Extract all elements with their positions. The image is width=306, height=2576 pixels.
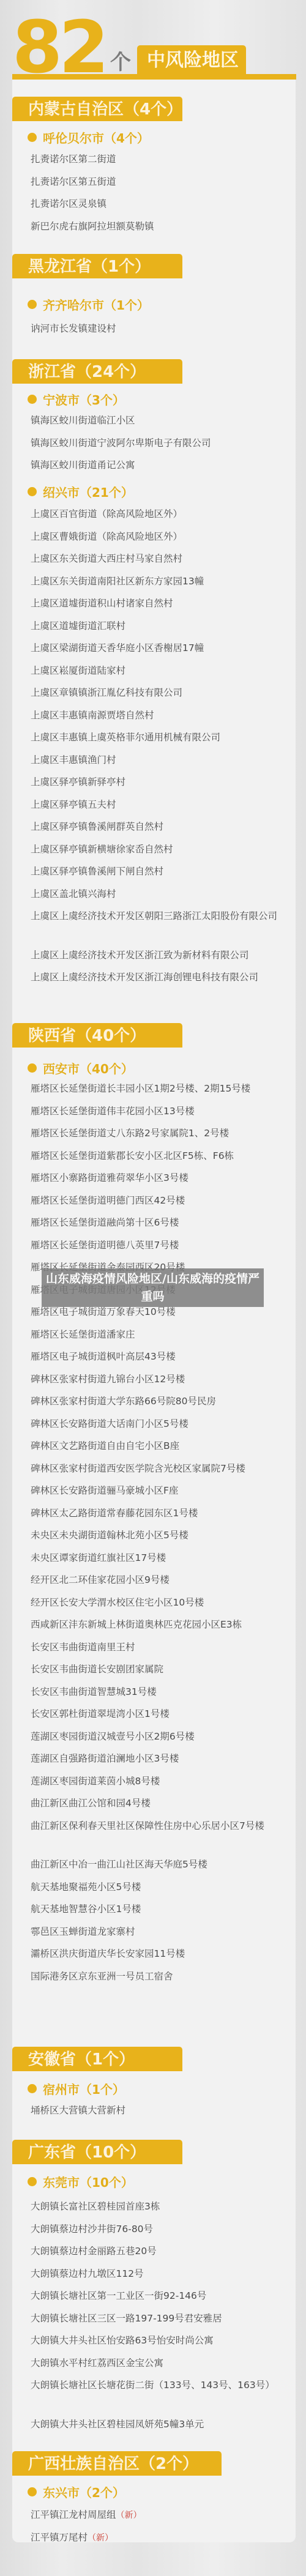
list-item: 上虞区梁湖街道天香华庭小区香榭居17幢 (31, 640, 288, 657)
list-item: 上虞区丰惠镇上虞英格菲尔通用机械有限公司 (31, 729, 288, 746)
city-header: 呼伦贝尔市（4个） (28, 128, 149, 146)
location-text: 雁塔区长延堡街道明德门西区42号楼 (31, 1195, 185, 1206)
location-text: 航天基地聚福苑小区5号楼 (31, 1882, 141, 1893)
location-text: 雁塔区长延堡街道潘家庄 (31, 1329, 135, 1340)
list-item: 雁塔区长延堡街道融尚第十区6号楼 (31, 1215, 288, 1231)
new-badge: （新） (88, 2533, 113, 2543)
header: 82 个 中风险地区 (12, 12, 296, 80)
bullet-icon (28, 487, 37, 496)
list-item: 上虞区盖北镇兴海村 (31, 886, 288, 903)
location-text: 碑林区长安路街道骊马豪城小区F座 (31, 1485, 178, 1496)
list-item: 碑林区长安路街道大话南门小区5号楼 (31, 1416, 288, 1432)
list-item: 镇海区蛟川街道临江小区 (31, 412, 288, 429)
list-item: 长安区韦曲街道智慧城31号楼 (31, 1684, 288, 1700)
list-item: 碑林区长安路街道骊马豪城小区F座 (31, 1483, 288, 1499)
header-divider (12, 74, 296, 80)
bullet-icon (28, 2084, 37, 2093)
location-text: 上虞区驿亭镇五夫村 (31, 799, 116, 810)
location-text: 国际港务区京东亚洲一号员工宿舍 (31, 1971, 173, 1982)
list-item: 航天基地聚福苑小区5号楼 (31, 1879, 288, 1896)
city-header: 西安市（40个） (28, 1059, 133, 1077)
location-text: 上虞区道墟街道积山村诸家自然村 (31, 598, 173, 609)
list-item: 曲江新区中冶一曲江山社区海天华庭5号楼 (31, 1856, 288, 1873)
list-item: 上虞区东关街道大西庄村马家自然村 (31, 551, 288, 567)
list-item: 灞桥区洪庆街道庆华长安家园11号楼 (31, 1946, 288, 1962)
list-item: 上虞区章镇镇浙江胤亿科技有限公司 (31, 685, 288, 701)
province-header: 浙江省（24个） (12, 359, 182, 384)
list-item: 雁塔区电子城街道枫叶高层43号楼 (31, 1349, 288, 1365)
list-item: 上虞区曹娥街道（除高风险地区外） (31, 529, 288, 545)
location-text: 大朗镇蔡边村九墩区112号 (31, 2268, 144, 2279)
list-item: 上虞区驿亭镇鲁溪闸群英自然村 (31, 819, 288, 835)
location-text: 上虞区上虞经济技术开发区浙江海创锂电科技有限公司 (31, 972, 258, 983)
list-item: 雁塔区长延堡街道潘家庄 (31, 1327, 288, 1343)
location-text: 上虞区章镇镇浙江胤亿科技有限公司 (31, 687, 182, 698)
list-item: 莲湖区枣园街道莱茵小城8号楼 (31, 1773, 288, 1790)
list-item: 扎赉诺尔区第二街道 (31, 151, 288, 168)
city-header: 绍兴市（21个） (28, 482, 133, 501)
province-header: 内蒙古自治区（4个） (12, 97, 182, 121)
list-item: 上虞区驿亭镇新横塘徐家岙自然村 (31, 841, 288, 858)
location-text: 上虞区丰惠镇南源贾塔自然村 (31, 710, 154, 721)
location-text: 上虞区曹娥街道（除高风险地区外） (31, 531, 182, 542)
location-text: 镇海区蛟川街道甬记公寓 (31, 460, 135, 471)
city-label: 宿州市（1个） (43, 2080, 125, 2098)
location-text: 雁塔区长延堡街道伟丰花园小区13号楼 (31, 1106, 195, 1117)
location-text: 雁塔区长延堡街道明德八英里7号楼 (31, 1240, 179, 1251)
location-text: 上虞区丰惠镇渔门村 (31, 754, 116, 765)
location-text: 莲湖区枣园街道汉城壹号小区2期6号楼 (31, 1731, 195, 1742)
location-text: 上虞区驿亭镇鲁溪闸群英自然村 (31, 821, 163, 832)
location-text: 莲湖区自强路街道泊澜地小区3号楼 (31, 1753, 179, 1764)
list-item: 新巴尔虎右旗阿拉坦额莫勒镇 (31, 218, 288, 235)
city-label: 宁波市（3个） (43, 390, 125, 408)
province-header: 广西壮族自治区（2个） (12, 2451, 222, 2476)
list-item: 雁塔区长延堡街道伟丰花园小区13号楼 (31, 1103, 288, 1120)
list-item: 上虞区驿亭镇新驿亭村 (31, 774, 288, 791)
list-item: 雁塔区长延堡街道紫郡长安小区北区F5栋、F6栋 (31, 1148, 288, 1164)
list-item: 上虞区上虞经济技术开发区浙江致为新材料有限公司 (31, 947, 288, 964)
province-header: 广东省（10个） (12, 2140, 182, 2164)
list-item: 碑林区文艺路街道自由自宅小区B座 (31, 1438, 288, 1454)
list-item: 上虞区道墟街道积山村诸家自然村 (31, 595, 288, 612)
city-label: 东兴市（2个） (43, 2483, 125, 2501)
list-item: 上虞区崧厦街道陆家村 (31, 663, 288, 679)
location-text: 讷河市长发镇建设村 (31, 323, 116, 334)
location-text: 上虞区上虞经济技术开发区朝阳三路浙江太阳股份有限公司 (31, 910, 277, 921)
city-header: 宁波市（3个） (28, 390, 125, 408)
location-text: 上虞区盖北镇兴海村 (31, 888, 116, 899)
list-item: 碑林区太乙路街道常春藤花园东区1号楼 (31, 1505, 288, 1522)
list-item: 大朗镇长富社区碧桂园首座3栋 (31, 2198, 288, 2215)
list-item: 大朗镇蔡边村九墩区112号 (31, 2266, 288, 2282)
location-text: 镇海区蛟川街道宁波阿尔卑斯电子有限公司 (31, 437, 211, 449)
location-text: 大朗镇大井头社区怡安路63号怡安时尚公寓 (31, 2335, 214, 2346)
city-label: 东莞市（10个） (43, 2173, 133, 2191)
list-item: 大朗镇蔡边村沙井街76-80号 (31, 2221, 288, 2238)
list-item: 上虞区道墟街道汇联村 (31, 618, 288, 635)
location-text: 大朗镇大井头社区碧桂园凤妍苑5幢3单元 (31, 2419, 204, 2430)
location-text: 曲江新区保利春天里社区保障性住房中心乐居小区7号楼 (31, 1820, 264, 1831)
location-text: 上虞区东关街道南阳社区新东方家园13幢 (31, 576, 204, 587)
location-text: 雁塔区电子城街道万象春天10号楼 (31, 1306, 176, 1317)
location-text: 未央区谭家街道红旗社区17号楼 (31, 1552, 166, 1563)
list-item: 国际港务区京东亚洲一号员工宿舍 (31, 1968, 288, 1985)
bullet-icon (28, 133, 37, 142)
list-item: 上虞区驿亭镇鲁溪闸下闸自然村 (31, 863, 288, 880)
location-text: 曲江新区曲江公馆和园4号楼 (31, 1798, 151, 1809)
bullet-icon (28, 395, 37, 404)
location-text: 雁塔区长延堡街道紫郡长安小区北区F5栋、F6栋 (31, 1150, 234, 1161)
list-item: 未央区谭家街道红旗社区17号楼 (31, 1550, 288, 1566)
location-text: 江平镇万尾村 (31, 2532, 88, 2543)
caption-overlay: 山东威海疫情风险地区/山东威海的疫情严重吗 (42, 1268, 264, 1307)
count-unit: 个 (110, 50, 131, 75)
location-text: 上虞区崧厦街道陆家村 (31, 665, 125, 676)
list-item: 鄠邑区玉蝉街道龙家寨村 (31, 1924, 288, 1940)
list-item: 上虞区上虞经济技术开发区朝阳三路浙江太阳股份有限公司 (31, 908, 288, 925)
city-label: 齐齐哈尔市（1个） (43, 296, 149, 313)
bullet-icon (28, 300, 37, 309)
location-text: 上虞区上虞经济技术开发区浙江致为新材料有限公司 (31, 950, 249, 961)
city-header: 东莞市（10个） (28, 2172, 133, 2191)
location-text: 上虞区东关街道大西庄村马家自然村 (31, 553, 182, 564)
location-text: 上虞区百官街道（除高风险地区外） (31, 508, 182, 519)
list-item: 埇桥区大营镇大营新村 (31, 2102, 288, 2119)
city-header: 宿州市（1个） (28, 2079, 125, 2098)
city-label: 西安市（40个） (43, 1059, 133, 1077)
list-item: 长安区韦曲街道长安剧团家属院 (31, 1661, 288, 1678)
list-item: 西咸新区沣东新城上林街道奥林匹克花园小区E3栋 (31, 1617, 288, 1633)
list-item: 经开区长安大学渭水校区住宅小区10号楼 (31, 1595, 288, 1611)
list-item: 大朗镇长塘社区长塘花街二街（133号、143号、163号） (31, 2377, 288, 2394)
location-text: 埇桥区大营镇大营新村 (31, 2105, 125, 2116)
location-text: 扎赉诺尔区灵泉镇 (31, 198, 106, 209)
location-text: 雁塔区长延堡街道长丰园小区1期2号楼、2期15号楼 (31, 1083, 250, 1094)
list-item: 上虞区丰惠镇南源贾塔自然村 (31, 707, 288, 724)
list-item: 大朗镇水平村红荔西区金宝公寓 (31, 2355, 288, 2372)
location-text: 长安区韦曲街道长安剧团家属院 (31, 1664, 163, 1675)
location-text: 碑林区张家村街道西安医学院含光校区家属院7号楼 (31, 1463, 245, 1474)
new-badge: （新） (116, 2511, 142, 2520)
list-item: 雁塔区长延堡街道明德门西区42号楼 (31, 1193, 288, 1209)
bullet-icon (28, 2177, 37, 2186)
location-text: 曲江新区中冶一曲江山社区海天华庭5号楼 (31, 1859, 207, 1870)
list-item: 长安区韦曲街道南里王村 (31, 1639, 288, 1656)
location-text: 未央区未央湖街道翰林北苑小区5号楼 (31, 1530, 188, 1541)
city-label: 呼伦贝尔市（4个） (43, 128, 149, 146)
province-header: 安徽省（1个） (12, 2047, 182, 2071)
list-item: 航天基地智慧谷小区1号楼 (31, 1901, 288, 1918)
list-item: 碑林区张家村街道西安医学院含光校区家属院7号楼 (31, 1461, 288, 1477)
location-text: 长安区郭杜街道翠堤湾小区1号楼 (31, 1708, 170, 1719)
location-text: 扎赉诺尔区第五街道 (31, 176, 116, 187)
province-header: 陕西省（40个） (12, 1023, 182, 1048)
location-text: 大朗镇蔡边村金丽路五巷20号 (31, 2246, 157, 2257)
location-text: 碑林区张家村街道大学东路66号院80号民房 (31, 1396, 216, 1407)
list-item: 碑林区张家村街道大学东路66号院80号民房 (31, 1393, 288, 1410)
list-item: 大朗镇长塘社区三区一路197-199号君安雅居 (31, 2310, 288, 2327)
location-text: 上虞区驿亭镇新横塘徐家岙自然村 (31, 844, 173, 855)
list-item: 雁塔区长延堡街道丈八东路2号家属院1、2号楼 (31, 1125, 288, 1142)
location-text: 西咸新区沣东新城上林街道奥林匹克花园小区E3栋 (31, 1619, 242, 1630)
list-item: 上虞区上虞经济技术开发区浙江海创锂电科技有限公司 (31, 969, 288, 986)
list-item: 大朗镇大井头社区怡安路63号怡安时尚公寓 (31, 2332, 288, 2349)
location-text: 长安区韦曲街道智慧城31号楼 (31, 1686, 157, 1697)
list-item: 上虞区丰惠镇渔门村 (31, 752, 288, 769)
list-item: 曲江新区曲江公馆和园4号楼 (31, 1795, 288, 1812)
location-text: 大朗镇蔡边村沙井街76-80号 (31, 2224, 153, 2235)
list-item: 莲湖区自强路街道泊澜地小区3号楼 (31, 1751, 288, 1767)
location-text: 雁塔区长延堡街道融尚第十区6号楼 (31, 1217, 179, 1228)
list-item: 经开区北二环佳家花园小区9号楼 (31, 1572, 288, 1588)
location-text: 航天基地智慧谷小区1号楼 (31, 1904, 141, 1915)
list-item: 上虞区东关街道南阳社区新东方家园13幢 (31, 573, 288, 590)
location-text: 上虞区驿亭镇鲁溪闸下闸自然村 (31, 866, 163, 877)
location-text: 雁塔区长延堡街道丈八东路2号家属院1、2号楼 (31, 1128, 229, 1139)
location-text: 莲湖区枣园街道莱茵小城8号楼 (31, 1776, 160, 1787)
list-item: 讷河市长发镇建设村 (31, 321, 288, 337)
list-item: 扎赉诺尔区第五街道 (31, 174, 288, 190)
bullet-icon (28, 1063, 37, 1073)
location-text: 大朗镇水平村红荔西区金宝公寓 (31, 2358, 163, 2369)
list-item: 雁塔区长延堡街道长丰园小区1期2号楼、2期15号楼 (31, 1081, 288, 1097)
location-text: 上虞区驿亭镇新驿亭村 (31, 776, 125, 787)
location-text: 新巴尔虎右旗阿拉坦额莫勒镇 (31, 221, 154, 232)
location-text: 雁塔区小寨路街道雅荷翠华小区3号楼 (31, 1172, 188, 1183)
list-item: 大朗镇大井头社区碧桂园凤妍苑5幢3单元 (31, 2416, 288, 2433)
city-header: 东兴市（2个） (28, 2482, 125, 2501)
list-item: 上虞区百官街道（除高风险地区外） (31, 506, 288, 523)
list-item: 扎赉诺尔区灵泉镇 (31, 196, 288, 212)
location-text: 雁塔区电子城街道枫叶高层43号楼 (31, 1351, 176, 1362)
list-item: 镇海区蛟川街道甬记公寓 (31, 457, 288, 474)
location-text: 江平镇江龙村周屋组 (31, 2509, 116, 2520)
province-header: 黑龙江省（1个） (12, 254, 182, 278)
list-item: 雁塔区小寨路街道雅荷翠华小区3号楼 (31, 1170, 288, 1186)
location-text: 经开区北二环佳家花园小区9号楼 (31, 1574, 170, 1585)
location-text: 镇海区蛟川街道临江小区 (31, 415, 135, 426)
location-text: 大朗镇长塘社区三区一路197-199号君安雅居 (31, 2313, 222, 2324)
location-text: 碑林区长安路街道大话南门小区5号楼 (31, 1418, 188, 1429)
location-text: 碑林区太乙路街道常春藤花园东区1号楼 (31, 1508, 198, 1519)
list-item: 雁塔区长延堡街道明德八英里7号楼 (31, 1237, 288, 1254)
location-text: 大朗镇长塘社区长塘花街二街（133号、143号、163号） (31, 2380, 275, 2391)
list-item: 镇海区蛟川街道宁波阿尔卑斯电子有限公司 (31, 435, 288, 452)
list-item: 未央区未央湖街道翰林北苑小区5号楼 (31, 1527, 288, 1544)
list-item: 碑林区张家村街道九锦台小区12号楼 (31, 1371, 288, 1388)
list-item: 上虞区驿亭镇五夫村 (31, 797, 288, 813)
location-text: 灞桥区洪庆街道庆华长安家园11号楼 (31, 1948, 185, 1959)
location-text: 碑林区文艺路街道自由自宅小区B座 (31, 1440, 179, 1451)
location-text: 长安区韦曲街道南里王村 (31, 1642, 135, 1653)
location-text: 大朗镇长塘社区第一工业区一街92-146号 (31, 2290, 206, 2301)
total-count: 82 (12, 13, 105, 81)
city-header: 齐齐哈尔市（1个） (28, 295, 149, 313)
list-item: 大朗镇长塘社区第一工业区一街92-146号 (31, 2288, 288, 2304)
list-item: 莲湖区枣园街道汉城壹号小区2期6号楼 (31, 1729, 288, 1745)
list-item: 大朗镇蔡边村金丽路五巷20号 (31, 2243, 288, 2260)
bullet-icon (28, 2487, 37, 2496)
location-text: 上虞区梁湖街道天香华庭小区香榭居17幢 (31, 642, 204, 653)
location-text: 碑林区张家村街道九锦台小区12号楼 (31, 1374, 185, 1385)
list-item: 曲江新区保利春天里社区保障性住房中心乐居小区7号楼 (31, 1818, 288, 1834)
list-item: 江平镇江龙村周屋组（新） (31, 2507, 288, 2524)
location-text: 上虞区丰惠镇上虞英格菲尔通用机械有限公司 (31, 732, 220, 743)
location-text: 大朗镇长富社区碧桂园首座3栋 (31, 2201, 160, 2212)
location-text: 上虞区道墟街道汇联村 (31, 620, 125, 631)
location-text: 经开区长安大学渭水校区住宅小区10号楼 (31, 1597, 204, 1608)
list-item: 江平镇万尾村（新） (31, 2529, 288, 2547)
location-text: 扎赉诺尔区第二街道 (31, 154, 116, 165)
city-label: 绍兴市（21个） (43, 483, 133, 501)
list-item: 长安区郭杜街道翠堤湾小区1号楼 (31, 1706, 288, 1722)
page-title: 中风险地区 (137, 45, 246, 75)
location-text: 鄠邑区玉蝉街道龙家寨村 (31, 1926, 135, 1937)
